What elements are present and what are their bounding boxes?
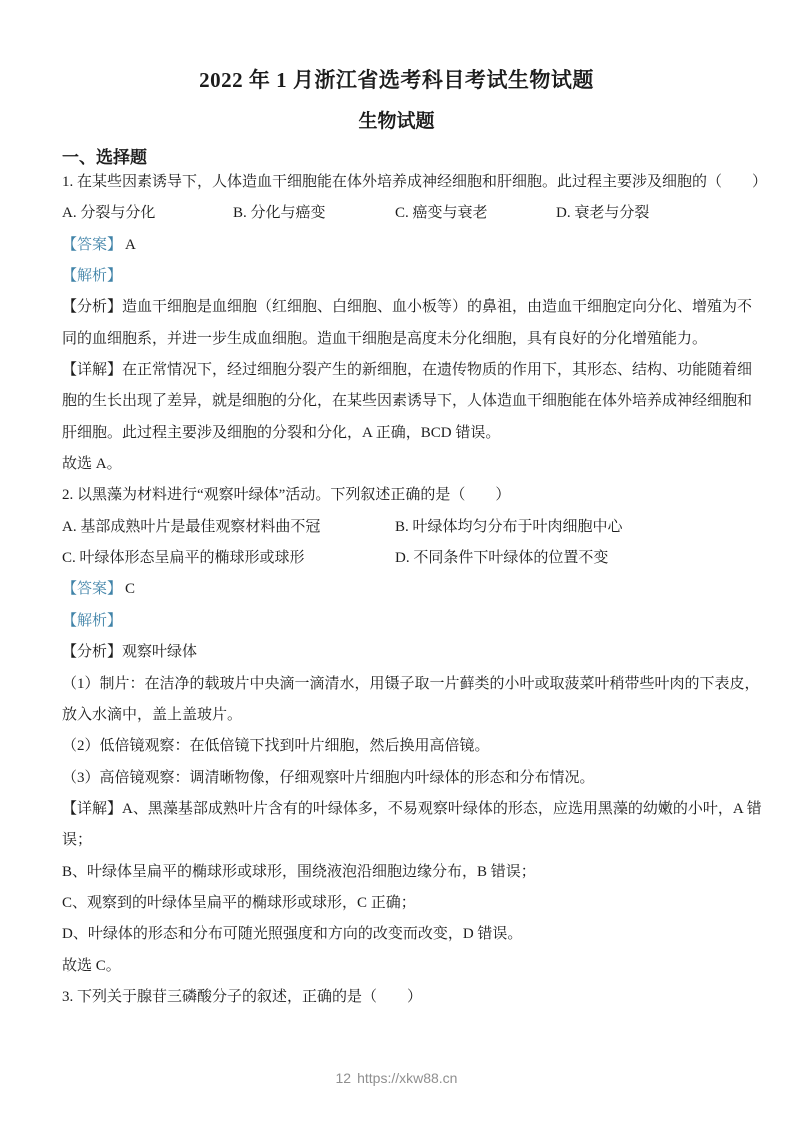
q1-explain-line: 【解析】 xyxy=(62,261,730,292)
q1-stem-text: 1. 在某些因素诱导下，人体造血干细胞能在体外培养成神经细胞和肝细胞。此过程主要… xyxy=(62,174,767,190)
q2-detail-line-5: D、叶绿体的形态和分布可随光照强度和方向的改变而改变，D 错误。 xyxy=(62,919,730,950)
q1-detail-line-3: 肝细胞。此过程主要涉及细胞的分裂和分化，A 正确，BCD 错误。 xyxy=(62,418,730,449)
q1-options-row: A. 分裂与分化 B. 分化与癌变 C. 癌变与衰老 D. 衰老与分裂 xyxy=(62,198,730,229)
q2-explain-line: 【解析】 xyxy=(62,606,730,637)
q2-analysis-line-2: （1）制片：在洁净的载玻片中央滴一滴清水，用镊子取一片藓类的小叶或取菠菜叶稍带些… xyxy=(62,669,730,700)
answer-tag: 【答案】 xyxy=(62,581,122,597)
q1-detail-line-2: 胞的生长出现了差异，就是细胞的分化，在某些因素诱导下，人体造血干细胞能在体外培养… xyxy=(62,386,730,417)
q3-stem: 3. 下列关于腺苷三磷酸分子的叙述，正确的是（ ） xyxy=(62,982,730,1013)
document-page: 2022 年 1 月浙江省选考科目考试生物试题 生物试题 一、选择题 1. 在某… xyxy=(0,0,793,1122)
q1-stem: 1. 在某些因素诱导下，人体造血干细胞能在体外培养成神经细胞和肝细胞。此过程主要… xyxy=(62,167,730,198)
section-heading: 一、选择题 xyxy=(62,143,147,168)
q1-answer-value: A xyxy=(125,237,136,253)
page-footer: 12https://xkw88.cn xyxy=(0,1070,793,1086)
q1-conclusion: 故选 A。 xyxy=(62,449,730,480)
footer-url: https://xkw88.cn xyxy=(357,1070,457,1086)
q2-option-b: B. 叶绿体均匀分布于叶肉细胞中心 xyxy=(395,512,623,543)
q1-analysis-line-1: 【分析】造血干细胞是血细胞（红细胞、白细胞、血小板等）的鼻祖，由造血干细胞定向分… xyxy=(62,292,730,323)
q2-stem: 2. 以黑藻为材料进行“观察叶绿体”活动。下列叙述正确的是（ ） xyxy=(62,480,730,511)
q2-analysis-line-1: 【分析】观察叶绿体 xyxy=(62,637,730,668)
document-title: 2022 年 1 月浙江省选考科目考试生物试题 xyxy=(0,64,793,94)
q2-detail-line-1: 【详解】A、黑藻基部成熟叶片含有的叶绿体多，不易观察叶绿体的形态，应选用黑藻的幼… xyxy=(62,794,730,825)
q1-option-a: A. 分裂与分化 xyxy=(62,198,155,229)
q1-detail-line-1: 【详解】在正常情况下，经过细胞分裂产生的新细胞，在遗传物质的作用下，其形态、结构… xyxy=(62,355,730,386)
q2-option-c: C. 叶绿体形态呈扁平的椭球形或球形 xyxy=(62,543,305,574)
q2-conclusion: 故选 C。 xyxy=(62,951,730,982)
q2-detail-line-2: 误； xyxy=(62,825,730,856)
q1-analysis-line-2: 同的血细胞系，并进一步生成血细胞。造血干细胞是高度未分化细胞，具有良好的分化增殖… xyxy=(62,324,730,355)
q2-detail-line-4: C、观察到的叶绿体呈扁平的椭球形或球形，C 正确； xyxy=(62,888,730,919)
document-subtitle: 生物试题 xyxy=(0,106,793,133)
q1-option-b: B. 分化与癌变 xyxy=(233,198,326,229)
q3-stem-text: 3. 下列关于腺苷三磷酸分子的叙述，正确的是（ ） xyxy=(62,989,422,1005)
explain-tag: 【解析】 xyxy=(62,613,122,629)
q2-stem-text: 2. 以黑藻为材料进行“观察叶绿体”活动。下列叙述正确的是（ ） xyxy=(62,487,510,503)
page-number: 12 xyxy=(336,1070,352,1086)
explain-tag: 【解析】 xyxy=(62,268,122,284)
q1-answer-line: 【答案】A xyxy=(62,230,730,261)
q2-analysis-line-3: 放入水滴中，盖上盖玻片。 xyxy=(62,700,730,731)
q2-analysis-line-5: （3）高倍镜观察：调清晰物像，仔细观察叶片细胞内叶绿体的形态和分布情况。 xyxy=(62,763,730,794)
q2-analysis-line-4: （2）低倍镜观察：在低倍镜下找到叶片细胞，然后换用高倍镜。 xyxy=(62,731,730,762)
document-body: 1. 在某些因素诱导下，人体造血干细胞能在体外培养成神经细胞和肝细胞。此过程主要… xyxy=(62,167,730,1013)
q1-option-c: C. 癌变与衰老 xyxy=(395,198,488,229)
q1-option-d: D. 衰老与分裂 xyxy=(556,198,649,229)
q2-options-row-2: C. 叶绿体形态呈扁平的椭球形或球形 D. 不同条件下叶绿体的位置不变 xyxy=(62,543,730,574)
q2-detail-line-3: B、叶绿体呈扁平的椭球形或球形，围绕液泡沿细胞边缘分布，B 错误； xyxy=(62,857,730,888)
q2-answer-line: 【答案】C xyxy=(62,574,730,605)
q2-option-a: A. 基部成熟叶片是最佳观察材料曲不冠 xyxy=(62,512,320,543)
q2-answer-value: C xyxy=(125,581,135,597)
answer-tag: 【答案】 xyxy=(62,237,122,253)
q2-option-d: D. 不同条件下叶绿体的位置不变 xyxy=(395,543,608,574)
q2-options-row-1: A. 基部成熟叶片是最佳观察材料曲不冠 B. 叶绿体均匀分布于叶肉细胞中心 xyxy=(62,512,730,543)
